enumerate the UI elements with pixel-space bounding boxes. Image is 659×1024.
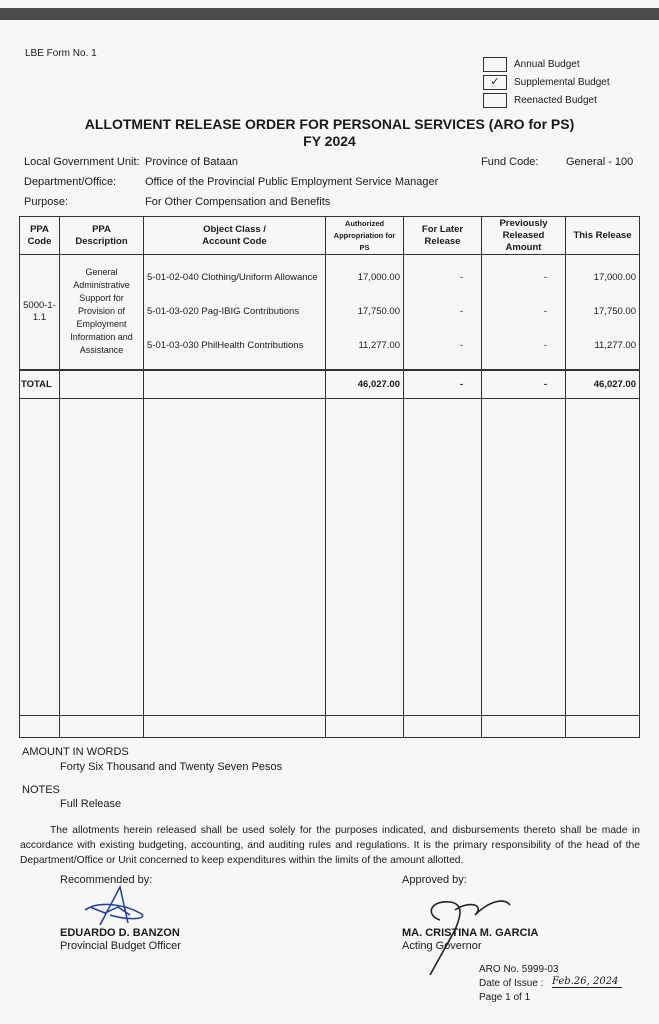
- account-line: 5-01-03-030 PhilHealth Contributions: [147, 329, 322, 363]
- fund-code-value: General - 100: [566, 156, 633, 168]
- date-of-issue-label: Date of Issue :: [479, 978, 543, 989]
- total-this-release: 46,027.00: [566, 370, 640, 399]
- lgu-value: Province of Bataan: [145, 156, 238, 168]
- previous-value: -: [485, 329, 547, 363]
- approved-name: MA. CRISTINA M. GARCIA: [402, 927, 538, 939]
- document-title: ALLOTMENT RELEASE ORDER FOR PERSONAL SER…: [0, 116, 659, 132]
- ppa-description-cell: General Administrative Support for Provi…: [60, 255, 144, 370]
- amount-in-words: Forty Six Thousand and Twenty Seven Peso…: [60, 761, 282, 773]
- later-value: -: [407, 295, 463, 329]
- notes-label: NOTES: [22, 784, 60, 796]
- form-label: LBE Form No. 1: [25, 48, 97, 59]
- notes-value: Full Release: [60, 798, 121, 810]
- reenacted-budget-checkbox[interactable]: [483, 93, 507, 108]
- header-authorized: AuthorizedAppropriation for PS: [326, 217, 404, 255]
- recommended-name: EDUARDO D. BANZON: [60, 927, 180, 939]
- empty-cell: [144, 370, 326, 399]
- header-ppa-description: PPADescription: [60, 217, 144, 255]
- this-release-value: 11,277.00: [569, 329, 636, 363]
- empty-cell: [60, 370, 144, 399]
- total-previous: -: [482, 370, 566, 399]
- previous-value: -: [485, 261, 547, 295]
- account-code-cell: 5-01-02-040 Clothing/Uniform Allowance 5…: [144, 255, 326, 370]
- approved-title: Acting Governor: [402, 940, 481, 952]
- total-row: TOTAL 46,027.00 - - 46,027.00: [20, 370, 640, 399]
- header-object-class: Object Class /Account Code: [144, 217, 326, 255]
- previously-released-cell: - - -: [482, 255, 566, 370]
- account-line: 5-01-02-040 Clothing/Uniform Allowance: [147, 261, 322, 295]
- previous-value: -: [485, 295, 547, 329]
- allotment-table: PPACode PPADescription Object Class /Acc…: [19, 216, 640, 738]
- later-value: -: [407, 329, 463, 363]
- aro-number: ARO No. 5999-03: [479, 964, 559, 975]
- this-release-cell: 17,000.00 17,750.00 11,277.00: [566, 255, 640, 370]
- total-label: TOTAL: [20, 370, 60, 399]
- this-release-value: 17,750.00: [569, 295, 636, 329]
- this-release-value: 17,000.00: [569, 261, 636, 295]
- total-authorized: 46,027.00: [326, 370, 404, 399]
- lgu-label: Local Government Unit:: [24, 156, 140, 168]
- fiscal-year: FY 2024: [0, 133, 659, 149]
- fund-code-label: Fund Code:: [481, 156, 538, 168]
- authorized-cell: 17,000.00 17,750.00 11,277.00: [326, 255, 404, 370]
- reenacted-budget-label: Reenacted Budget: [514, 95, 597, 106]
- supplemental-budget-checkbox[interactable]: ✓: [483, 75, 507, 90]
- department-label: Department/Office:: [24, 176, 116, 188]
- header-ppa-code: PPACode: [20, 217, 60, 255]
- date-of-issue-value: Feb.26, 2024: [552, 976, 622, 988]
- header-for-later-release: For LaterRelease: [404, 217, 482, 255]
- account-line: 5-01-03-020 Pag-IBIG Contributions: [147, 295, 322, 329]
- blank-row: [20, 399, 640, 716]
- approved-label: Approved by:: [402, 874, 467, 886]
- department-value: Office of the Provincial Public Employme…: [145, 176, 438, 188]
- signature-banzon-icon: [70, 885, 165, 930]
- table-row: 5000-1-1.1 General Administrative Suppor…: [20, 255, 640, 370]
- authorized-value: 17,750.00: [329, 295, 400, 329]
- for-later-release-cell: - - -: [404, 255, 482, 370]
- annual-budget-checkbox[interactable]: [483, 57, 507, 72]
- authorized-value: 11,277.00: [329, 329, 400, 363]
- recommended-title: Provincial Budget Officer: [60, 940, 181, 952]
- header-previously-released: PreviouslyReleased Amount: [482, 217, 566, 255]
- authorized-value: 17,000.00: [329, 261, 400, 295]
- blank-row: [20, 716, 640, 738]
- purpose-value: For Other Compensation and Benefits: [145, 196, 330, 208]
- ppa-code-cell: 5000-1-1.1: [20, 255, 60, 370]
- total-later: -: [404, 370, 482, 399]
- disclaimer-paragraph: The allotments herein released shall be …: [20, 823, 640, 868]
- purpose-label: Purpose:: [24, 196, 68, 208]
- supplemental-budget-label: Supplemental Budget: [514, 77, 610, 88]
- header-this-release: This Release: [566, 217, 640, 255]
- later-value: -: [407, 261, 463, 295]
- scan-top-edge: [0, 8, 659, 20]
- annual-budget-label: Annual Budget: [514, 59, 580, 70]
- table-header-row: PPACode PPADescription Object Class /Acc…: [20, 217, 640, 255]
- page-number: Page 1 of 1: [479, 992, 530, 1003]
- amount-in-words-label: AMOUNT IN WORDS: [22, 746, 129, 758]
